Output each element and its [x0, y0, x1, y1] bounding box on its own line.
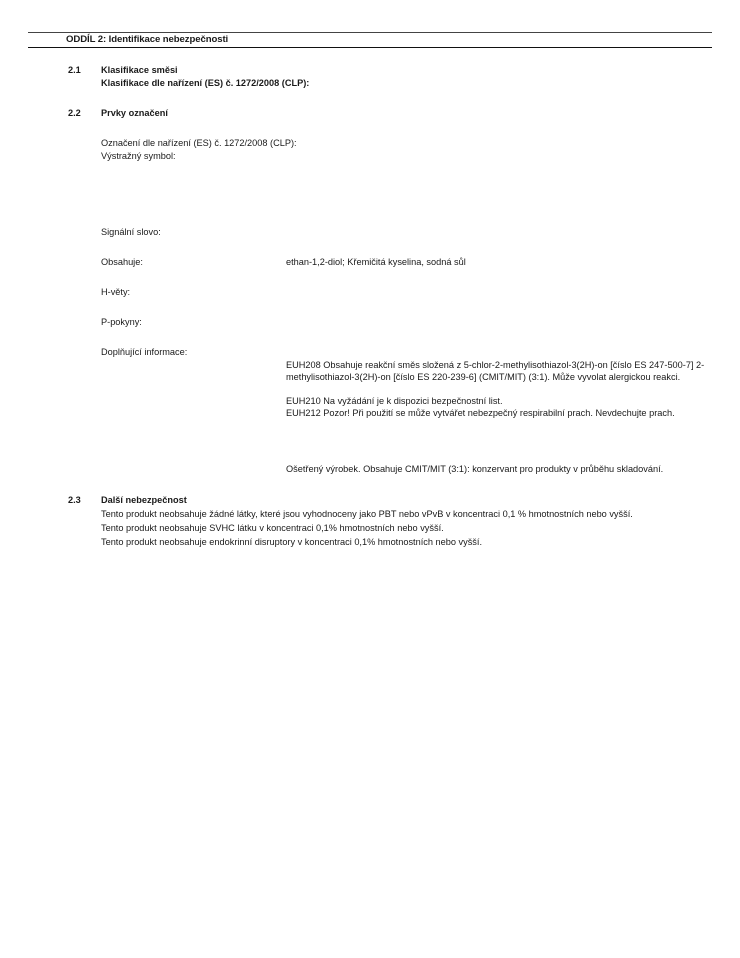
euh210-statement: EUH210 Na vyžádání je k dispozici bezpeč… [286, 395, 716, 407]
contains-label: Obsahuje: [101, 256, 143, 268]
subsection-heading-2-1: Klasifikace směsi [101, 64, 178, 76]
classification-regulation-heading: Klasifikace dle nařízení (ES) č. 1272/20… [101, 77, 309, 89]
svhc-statement: Tento produkt neobsahuje SVHC látku v ko… [101, 522, 444, 534]
section-top-rule [28, 32, 712, 33]
section-bottom-rule [28, 47, 712, 48]
warning-symbol-label: Výstražný symbol: [101, 150, 176, 162]
subsection-number-2-3: 2.3 [68, 494, 81, 506]
subsection-number-2-1: 2.1 [68, 64, 81, 76]
euh212-statement: EUH212 Pozor! Při použití se může vytvář… [286, 407, 716, 419]
labeling-regulation-label: Označení dle nařízení (ES) č. 1272/2008 … [101, 137, 297, 149]
signal-word-label: Signální slovo: [101, 226, 161, 238]
subsection-number-2-2: 2.2 [68, 107, 81, 119]
p-statements-label: P-pokyny: [101, 316, 142, 328]
contains-value: ethan-1,2-diol; Křemičitá kyselina, sodn… [286, 256, 466, 268]
pbt-vpvb-statement: Tento produkt neobsahuje žádné látky, kt… [101, 508, 633, 520]
supplementary-info-label: Doplňující informace: [101, 346, 187, 358]
h-statements-label: H-věty: [101, 286, 130, 298]
subsection-heading-2-3: Další nebezpečnost [101, 494, 187, 506]
euh208-statement: EUH208 Obsahuje reakční směs složená z 5… [286, 359, 716, 383]
endocrine-disruptor-statement: Tento produkt neobsahuje endokrinní disr… [101, 536, 482, 548]
section-title: ODDÍL 2: Identifikace nebezpečnosti [66, 34, 228, 46]
subsection-heading-2-2: Prvky označení [101, 107, 168, 119]
treated-article-statement: Ošetřený výrobek. Obsahuje CMIT/MIT (3:1… [286, 463, 716, 475]
